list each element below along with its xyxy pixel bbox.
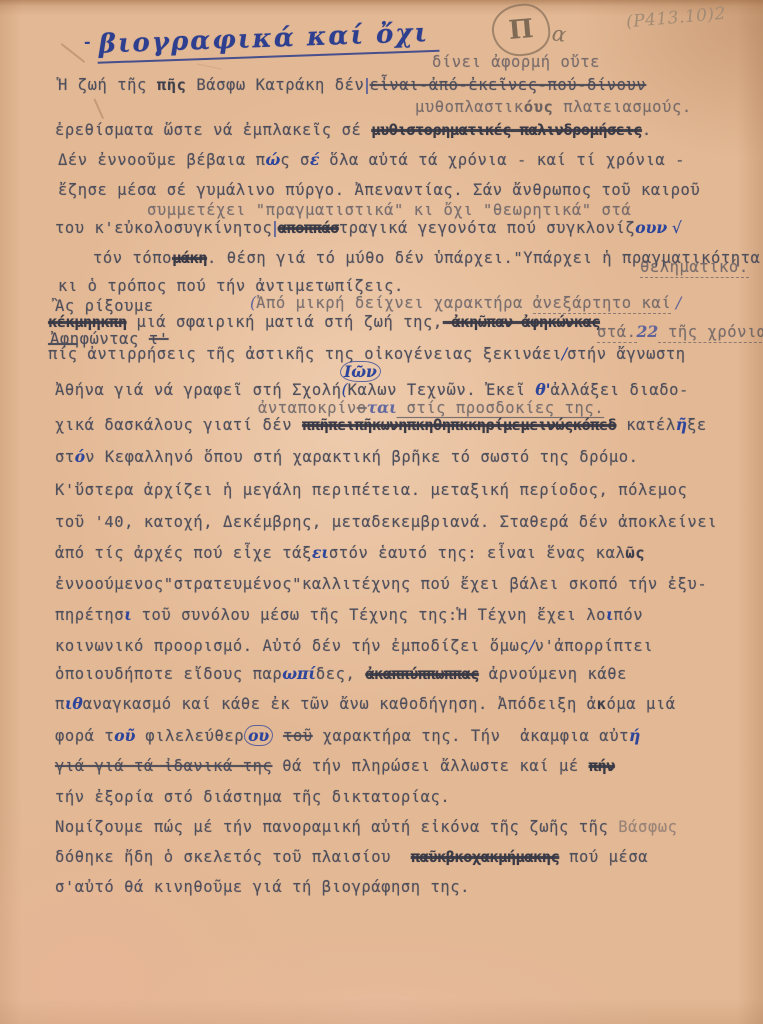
text-segment-t: τοῦ '40, κατοχή, Δεκέμβρης, μεταδεκεμβρι… — [55, 513, 717, 531]
text-segment-t: δες, — [316, 665, 365, 683]
text-line: Ἀθήνα γιά νά γραφεῖ στή Σχολή(Καλων Τεχν… — [55, 380, 689, 400]
text-line: ἐννοούμενος"στρατευμένος"καλλιτέχνης πού… — [55, 574, 707, 594]
text-segment-tb: ἀκαππύππωππας — [365, 665, 479, 683]
text-segment-h: √ — [667, 219, 682, 237]
text-segment-t: στόν ἑαυτό της: εἶναι ἕνας καλ — [329, 544, 625, 562]
text-segment-t: Ἀπό μικρή δείχνει χαρακτήρα — [256, 294, 533, 312]
text-segment-tb: πήν — [589, 757, 615, 775]
text-segment-td: στά. — [597, 323, 637, 343]
text-segment-to: πίς — [48, 345, 78, 363]
text-segment-t: στ — [55, 448, 75, 466]
text-line: στόν Κεφαλληνό ὅπου στή χαρακτική βρῆκε … — [55, 447, 639, 467]
text-line: στά.22 τῆς χρόνια — [597, 322, 763, 342]
text-segment-t: ἀρνούμενη κάθε — [479, 665, 627, 683]
text-segment-t: πηρέτησ — [55, 606, 124, 624]
text-line: (Ἀπό μικρή δείχνει χαρακτήρα ἀνεξάρτητο … — [250, 293, 681, 313]
text-segment-tb: αποππάσ — [278, 219, 339, 237]
text-segment-t: μυθοπλαστικ — [415, 98, 524, 116]
text-segment-ts: γιά γιά τά ἰδανικά της — [55, 757, 272, 775]
text-segment-t: ἔζησε μέσα σέ γυμάλινο πύργο. Ἀπεναντίας… — [58, 181, 700, 199]
text-line: του κ'εὐκολοσυγκίνητος|αποππάστραγικά γε… — [55, 218, 682, 238]
text-segment-t: κατέλ — [616, 416, 675, 434]
text-segment-ts: εἶναι-ἀπό-ἐκεῖνες-πού-δίνουν — [370, 76, 647, 94]
text-segment-t: π — [55, 695, 65, 713]
paper-crease — [61, 43, 86, 63]
text-line: θεληματικό. — [640, 257, 749, 277]
text-line: πηρέτησι τοῦ συνόλου μέσω τῆς Τέχνης της… — [55, 605, 643, 625]
text-line: ἀπό τίς ἀρχές πού εἶχε τάξειστόν ἑαυτό τ… — [55, 543, 645, 563]
text-segment-t: ἀλλάξει διαδο- — [551, 381, 689, 399]
text-segment-t — [273, 727, 283, 745]
text-segment-t: χικά δασκάλους γιατί δέν — [55, 416, 302, 434]
text-line: σ'αὐτό θά κινηθοῦμε γιά τή βιογράφηση τη… — [55, 877, 470, 897]
text-line: δόθηκε ἤδη ὁ σκελετός τοῦ πλαισίου παῦκβ… — [55, 847, 648, 867]
text-segment-hb: θ' — [535, 380, 550, 399]
text-segment-b: πῆς — [157, 76, 187, 94]
text-line: κοινωνικό προορισμό. Αὐτό δέν τήν ἐμποδί… — [55, 636, 653, 656]
text-segment-tf: Βάσφως — [618, 818, 677, 836]
text-segment-t: τοῦ συνόλου μέσω τῆς Τέχνης της:Ἡ Τέχνη … — [132, 606, 606, 624]
text-segment-t: ς σ — [280, 151, 310, 169]
text-segment-b: όυς — [524, 98, 554, 116]
text-segment-t: θά τήν πληρώσει ἄλλωστε καί μέ — [272, 757, 588, 775]
paper-crease — [196, 63, 222, 70]
text-segment-hc: ου — [244, 725, 273, 746]
text-segment-hb: ώ — [266, 150, 281, 169]
text-segment-t: πόν — [614, 606, 644, 624]
text-segment-t: συμμετέχει "πραγματιστικά" κι ὄχι "θεωρη… — [147, 201, 631, 219]
text-line: Κ'ὕστερα ἀρχίζει ἡ μεγάλη περιπέτεια. με… — [55, 480, 687, 500]
text-segment-t: όμα μιά — [606, 695, 675, 713]
text-line: μυθοπλαστικόυς πλατειασμούς. — [415, 97, 692, 117]
text-segment-t: δόθηκε ἤδη ὁ σκελετός τοῦ πλαισίου — [55, 848, 411, 866]
text-segment-t: αναγκασμό καί κάθε ἐκ τῶν ἄνω καθοδήγηση… — [83, 695, 597, 713]
text-segment-t: ν Κεφαλληνό ὅπου στή χαρακτική βρῆκε τό … — [85, 448, 638, 466]
text-segment-tb: μάκη — [172, 249, 207, 267]
text-line: πιθαναγκασμό καί κάθε ἐκ τῶν ἄνω καθοδήγ… — [55, 694, 676, 714]
text-segment-t: πού μέσα — [559, 848, 648, 866]
text-line: ἔζησε μέσα σέ γυμάλινο πύργο. Ἀπεναντίας… — [58, 180, 700, 200]
text-line: Ἡ ζωή τῆς πῆς Βάσφω Κατράκη δέν|εἶναι-ἀπ… — [58, 75, 646, 95]
text-segment-t: τήν ἐξορία στό διάστημα τῆς δικτατορίας. — [55, 788, 450, 806]
text-segment-td: τῆς χρόνια — [658, 323, 763, 343]
text-segment-b: ῶς — [625, 544, 645, 562]
text-segment-hb: ι — [124, 605, 132, 624]
text-segment-t: Ἐκεῖ — [476, 381, 535, 399]
text-segment-tb: μυθιστορηματικές παλινδρομήσεις — [371, 121, 642, 139]
text-segment-t: του κ'εὐκολοσυγκίνητος — [55, 219, 272, 237]
text-line: Νομίζουμε πώς μέ τήν πανοραμική αὐτή εἰκ… — [55, 817, 678, 837]
section-sub-mark: α — [550, 21, 567, 47]
text-segment-t: Δέν ἐννοοῦμε βέβαια π — [58, 151, 266, 169]
text-segment-t: τόν τόπο — [93, 249, 172, 267]
text-segment-hb: ουν — [635, 218, 667, 237]
text-segment-h: / — [671, 294, 681, 312]
text-segment-hb: ωπί — [282, 664, 316, 683]
text-segment-t: φιλελεύθερ — [135, 727, 244, 745]
text-segment-hb: 22 — [637, 322, 659, 341]
archive-number: (Ρ413.10)2 — [625, 4, 726, 33]
text-segment-tb: ππῆπειπῆκωνηπκηθηπκκηρίμεμεινώςκόπεδ — [302, 416, 616, 434]
text-line: συμμετέχει "πραγματιστικά" κι ὄχι "θεωρη… — [147, 200, 631, 220]
text-segment-t: ν'ἀπορρίπτει — [535, 637, 654, 655]
text-segment-hb: ι — [606, 605, 614, 624]
text-segment-t: ἐννοούμενος"στρατευμένος"καλλιτέχνης πού… — [55, 575, 707, 593]
paper-crease — [94, 98, 104, 119]
text-segment-t: τραγικά γεγονότα πού συγκλονίζ — [339, 219, 635, 237]
text-segment-t: ἐρεθίσματα ὥστε νά ἐμπλακεῖς σέ — [55, 121, 371, 139]
text-segment-t: ὅλα αὐτά τά χρόνια - καί τί χρόνια - — [319, 151, 685, 169]
text-segment-b: κ — [597, 695, 607, 713]
text-segment-t: Καλων Τεχνῶν. — [348, 381, 476, 399]
text-segment-t: στήν ἄγνωστη — [567, 345, 686, 363]
text-segment-tb: παῦκβκοχακμήμακης — [411, 848, 559, 866]
text-line: δίνει ἀφορμή οὔτε — [432, 52, 600, 72]
text-segment-hc: Ιῶν — [340, 361, 381, 382]
title-dash-mark: - — [84, 32, 91, 51]
section-mark-letter: Π — [507, 14, 534, 46]
text-segment-t: μιά σφαιρική ματιά στή ζωή της, — [127, 313, 443, 331]
circled-section-mark: Π — [490, 2, 552, 59]
text-segment-tb: ἀκηῶπαν ἀφηκώνκας — [443, 313, 600, 331]
text-segment-t: δίνει ἀφορμή οὔτε — [432, 53, 600, 71]
text-line: Δέν ἐννοοῦμε βέβαια πώς σέ ὅλα αὐτά τά χ… — [58, 150, 685, 170]
text-line: φορά τοῦ φιλελεύθερου τοῦ χαρακτήρα της.… — [55, 726, 640, 746]
text-segment-hb: ει — [312, 543, 329, 562]
text-line: ὁποιουδήποτε εἴδους παρωπίδες, ἀκαππύππω… — [55, 664, 627, 684]
text-segment-t: Βάσφω Κατράκη δέν — [186, 76, 364, 94]
text-line: τοῦ '40, κατοχή, Δεκέμβρης, μεταδεκεμβρι… — [55, 512, 717, 532]
text-line: γιά γιά τά ἰδανικά της θά τήν πληρώσει ἄ… — [55, 756, 615, 776]
text-segment-ts: τοῦ — [283, 727, 313, 745]
text-segment-t: Ἡ ζωή τῆς — [58, 76, 157, 94]
text-segment-hb: ή — [629, 726, 640, 745]
text-segment-td: θεληματικό. — [640, 258, 749, 278]
text-segment-t: χαρακτήρα της. Τήν ἀκαμφια αὐτ — [313, 727, 629, 745]
text-segment-td: ἀνεξάρτητο καί — [533, 294, 671, 314]
text-segment-t: ἀντιρρήσεις τῆς ἀστικῆς της οἰκογένειας … — [78, 345, 562, 363]
document-page: -βιογραφικά καί ὄχι Π α (Ρ413.10)2 δίνει… — [0, 0, 763, 1024]
text-segment-t: ξε — [687, 416, 707, 434]
text-line: Ιῶν — [340, 362, 381, 382]
text-segment-t: Κ'ὕστερα ἀρχίζει ἡ μεγάλη περιπέτεια. με… — [55, 481, 687, 499]
text-segment-t: ἀπό τίς ἀρχές πού εἶχε τάξ — [55, 544, 312, 562]
handwritten-title-block: -βιογραφικά καί ὄχι — [84, 18, 440, 64]
text-segment-t: σ'αὐτό θά κινηθοῦμε γιά τή βιογράφηση τη… — [55, 878, 470, 896]
text-segment-t: φορά τ — [55, 727, 114, 745]
text-segment-t: Ἀθήνα γιά νά γραφεῖ στή Σχολή — [55, 381, 342, 399]
text-line: τήν ἐξορία στό διάστημα τῆς δικτατορίας. — [55, 787, 450, 807]
text-segment-t: κοινωνικό προορισμό. Αὐτό δέν τήν ἐμποδί… — [55, 637, 529, 655]
page-title: βιογραφικά καί ὄχι — [96, 18, 439, 64]
text-segment-hb: ό — [75, 447, 85, 466]
text-line: ἐρεθίσματα ὥστε νά ἐμπλακεῖς σέ μυθιστορ… — [55, 120, 652, 140]
text-segment-hb: ῆ — [676, 415, 687, 434]
text-segment-t: ὁποιουδήποτε εἴδους παρ — [55, 665, 282, 683]
text-segment-t: πλατειασμούς. — [553, 98, 691, 116]
text-segment-hb: οῦ — [114, 726, 135, 745]
text-segment-t: . — [642, 121, 652, 139]
text-segment-hb: ιθ — [65, 694, 83, 713]
text-segment-hb: έ — [310, 150, 319, 169]
text-line: χικά δασκάλους γιατί δέν ππῆπειπῆκωνηπκη… — [55, 415, 707, 435]
text-segment-t: Νομίζουμε πώς μέ τήν πανοραμική αὐτή εἰκ… — [55, 818, 618, 836]
